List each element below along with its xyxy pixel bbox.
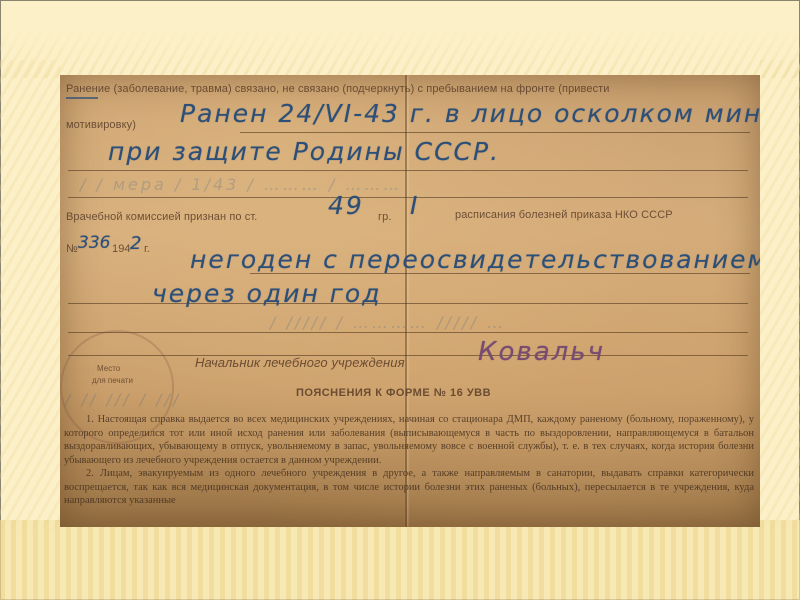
explanations-heading: ПОЯСНЕНИЯ К ФОРМЕ № 16 УВВ (296, 387, 491, 399)
stamp-place-label-2: для печати (92, 376, 133, 385)
handwritten-verdict-line1: негоден с переосвидетельствованием (190, 245, 760, 274)
handwritten-order-year-digit: 2 (130, 233, 143, 254)
handwritten-group: I (410, 191, 419, 220)
chief-label: Начальник лечебного учреждения (195, 355, 405, 370)
explanation-1: 1. Настоящая справка выдается во всех ме… (64, 413, 754, 467)
handwritten-reason-line1: Ранен 24/VI-43 г. в лицо осколком мины (180, 99, 760, 128)
underline-mark (66, 97, 98, 99)
handwritten-verdict-line2: через один год (152, 279, 381, 308)
signature: Ковальч (478, 337, 605, 367)
commission-label: Врачебной комиссией признан по ст. (66, 211, 257, 223)
rule-line (240, 132, 750, 133)
ink-bleed: / ///// / ………… ///// … (270, 313, 506, 332)
order-year-suffix: г. (144, 243, 150, 255)
order-number-prefix: № (66, 243, 78, 255)
handwritten-article: 49 (328, 191, 364, 220)
rule-line (68, 170, 748, 171)
injury-connection-label: Ранение (заболевание, травма) связано, н… (66, 83, 610, 95)
group-label: гр. (378, 211, 392, 223)
stamp-place-label: Место (97, 364, 120, 373)
handwritten-order-number: 336 (78, 233, 110, 253)
slide-texture-bottom (0, 520, 800, 600)
document-photo: Ранение (заболевание, травма) связано, н… (60, 75, 760, 527)
order-reference-label: расписания болезней приказа НКО СССР (455, 209, 673, 221)
rule-line (68, 355, 748, 356)
order-year-prefix: 194 (112, 243, 131, 255)
ink-bleed: / // /// / /// (65, 390, 181, 409)
slide-texture-top (0, 28, 800, 78)
handwritten-reason-line2: при защите Родины СССР. (108, 137, 500, 166)
explanation-2: 2. Лицам, эвакуируемым из одного лечебно… (64, 467, 754, 508)
explanations-body: 1. Настоящая справка выдается во всех ме… (64, 413, 754, 508)
slide-texture-right (760, 60, 800, 530)
rule-line (68, 332, 748, 333)
slide-texture-left (0, 60, 60, 530)
rule-line (68, 197, 748, 198)
motivation-label: мотивировку) (66, 119, 136, 131)
